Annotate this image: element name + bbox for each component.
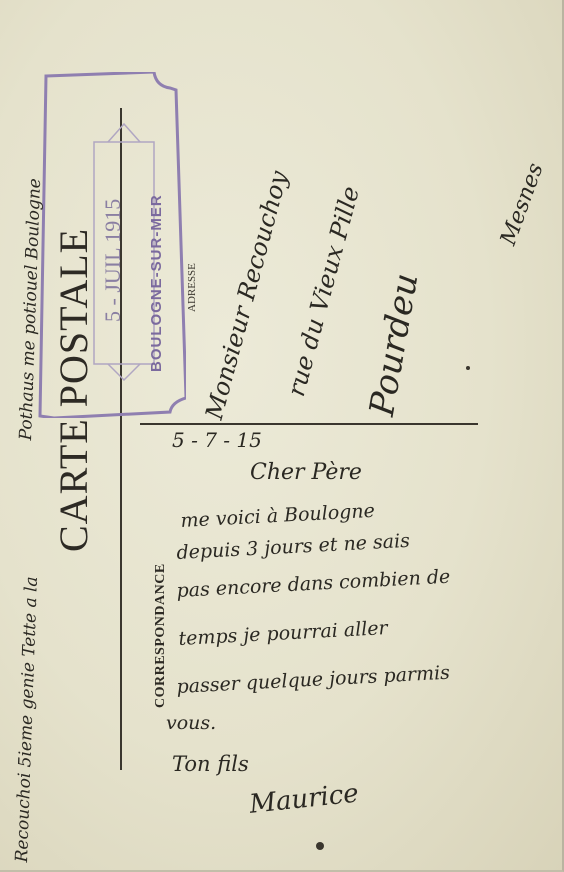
message-closing: Ton fils [172, 752, 249, 776]
message-signature: Maurice [248, 779, 360, 820]
message-date: 5 - 7 - 15 [172, 428, 262, 452]
address-line-3: Pourdeu [362, 270, 426, 419]
postcard: CARTE POSTALE CORRESPONDANCE 5 - JUIL 19… [0, 0, 564, 872]
address-line-1: Monsieur Recouchoy [200, 168, 293, 422]
correspondence-label: CORRESPONDANCE [153, 563, 169, 708]
postmark-stamp: 5 - JUIL 1915 BOULOGNE-SUR-MER ADRESSE [36, 72, 186, 418]
margin-note-bottom: Recouchoi 5ieme genie Tette a la [12, 576, 42, 863]
message-line-2: depuis 3 jours et ne sais [176, 530, 410, 564]
ink-dot [466, 366, 470, 370]
message-greeting: Cher Père [250, 460, 362, 485]
address-corner: Mesnes [496, 160, 549, 249]
message-line-3: pas encore dans combien de [176, 566, 451, 602]
ink-blot [316, 842, 324, 850]
message-line-4: temps je pourrai aller [178, 617, 388, 650]
stamp-date: 5 - JUIL 1915 [100, 199, 126, 322]
message-line-1: me voici à Boulogne [180, 500, 375, 532]
address-divider [140, 423, 478, 425]
message-line-5: passer quelque jours parmis [176, 662, 450, 698]
stamp-place: BOULOGNE-SUR-MER [148, 194, 165, 372]
address-line-2: rue du Vieux Pille [282, 183, 365, 399]
message-line-6: vous. [166, 712, 216, 734]
stamp-overprint: ADRESSE [186, 263, 198, 312]
